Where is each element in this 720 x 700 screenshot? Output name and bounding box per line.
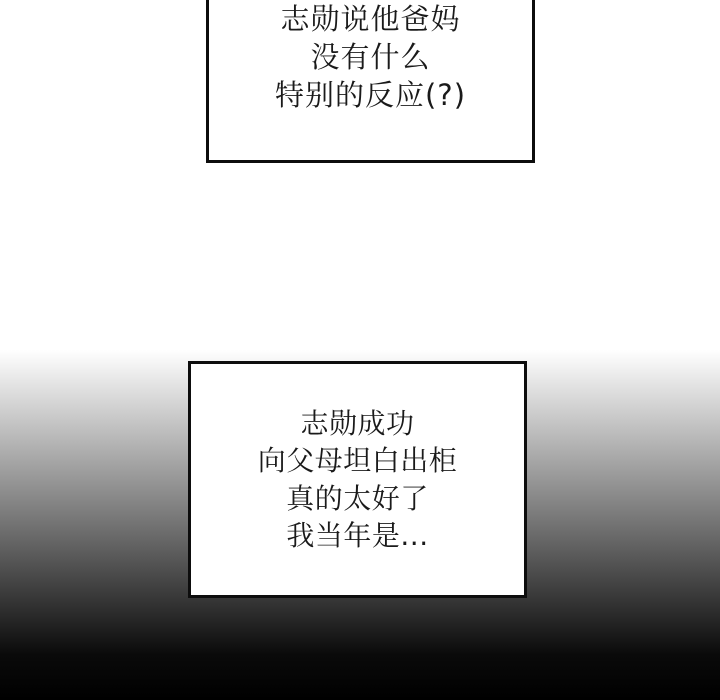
speech-line: 真的太好了 — [286, 480, 429, 518]
speech-line: 志勋成功 — [300, 405, 414, 443]
comic-page: 志勋说他爸妈 没有什么 特别的反应(?) 志勋成功 向父母坦白出柜 真的太好了 … — [0, 0, 720, 700]
speech-bubble-top: 志勋说他爸妈 没有什么 特别的反应(?) — [206, 0, 535, 163]
speech-line: 志勋说他爸妈 — [280, 0, 460, 38]
speech-line: 没有什么 — [310, 38, 430, 76]
speech-line: 向父母坦白出柜 — [258, 442, 458, 480]
speech-bubble-bottom: 志勋成功 向父母坦白出柜 真的太好了 我当年是... — [188, 361, 527, 598]
speech-line: 我当年是... — [286, 517, 428, 555]
speech-line: 特别的反应(?) — [275, 76, 466, 114]
